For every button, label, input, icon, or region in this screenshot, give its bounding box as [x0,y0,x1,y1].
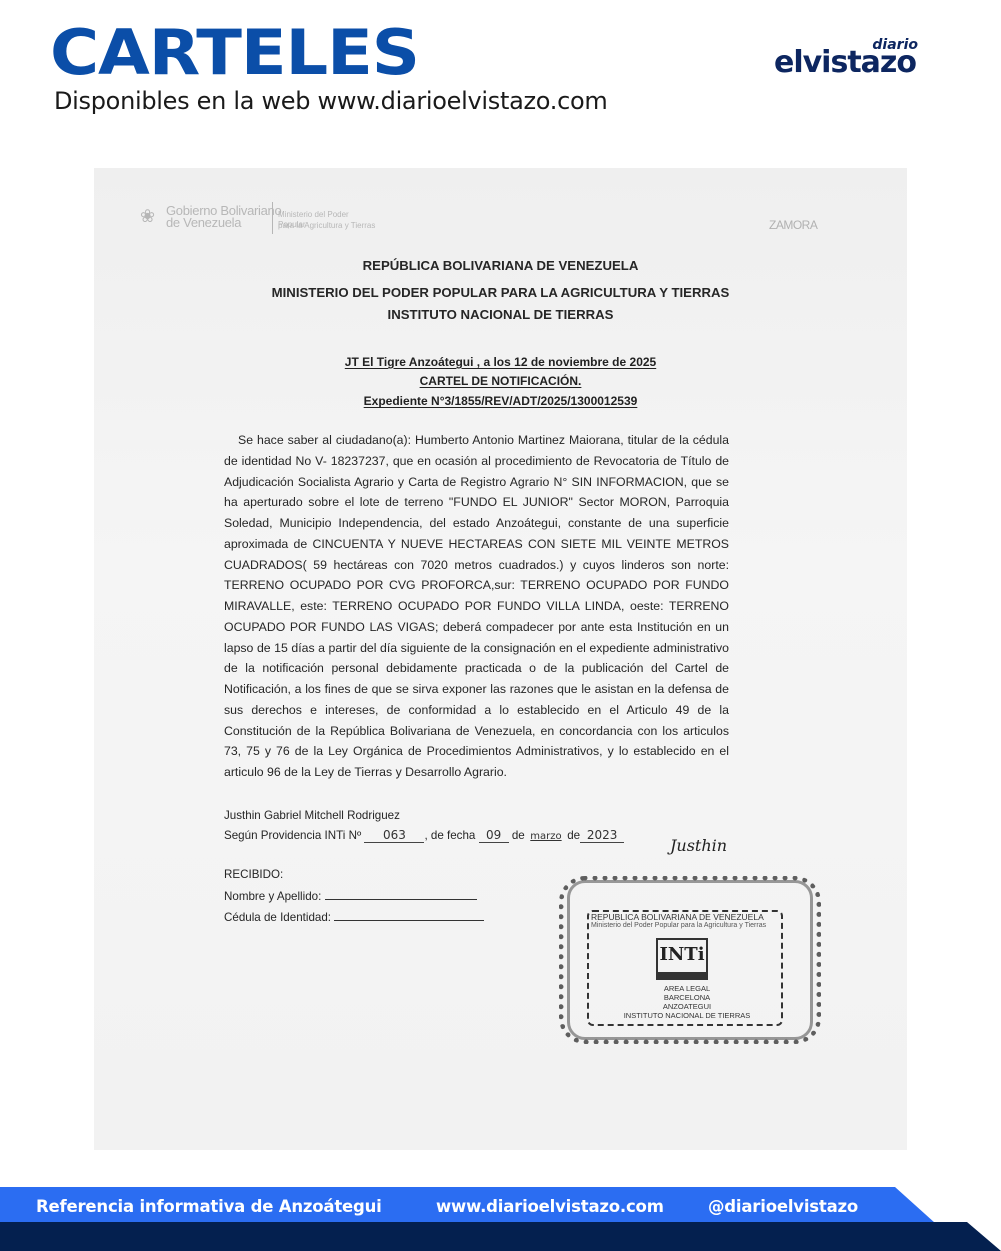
page-subtitle: Disponibles en la web www.diarioelvistaz… [54,86,607,116]
doc-title-text: CARTEL DE NOTIFICACIÓN. [420,374,582,388]
inti-logo-icon: INTi [656,938,708,980]
stamp-line: ANZOATEGUI [589,1002,785,1011]
month-prefix: de [512,829,525,842]
providencia-day: 09 [479,828,509,843]
inti-logo-text: INTi [659,944,704,965]
doc-heading-ministry: MINISTERIO DEL PODER POPULAR PARA LA AGR… [94,285,907,300]
stamp-line: BARCELONA [589,993,785,1002]
place-date-text: JT El Tigre Anzoátegui , a los 12 de nov… [345,355,656,369]
footer-social-handle[interactable]: @diarioelvistazo [708,1197,858,1217]
government-logo: ❀ Gobierno Bolivariano de Venezuela Mini… [138,202,378,236]
doc-title: CARTEL DE NOTIFICACIÓN. [94,374,907,388]
received-id-field: Cédula de Identidad: [224,911,484,924]
place-date: JT El Tigre Anzoátegui , a los 12 de nov… [94,355,907,369]
doc-heading-republic: REPÚBLICA BOLIVARIANA DE VENEZUELA [94,258,907,273]
ministry-logo-line2: para la Agricultura y Tierras [278,221,375,231]
name-blank-line [325,890,477,900]
scanned-document: ❀ Gobierno Bolivariano de Venezuela Mini… [94,168,907,1150]
year-prefix: de [567,829,580,842]
official-stamp: REPUBLICA BOLIVARIANA DE VENEZUELA Minis… [549,868,831,1052]
brand-logo-main: elvistazo [774,47,916,79]
stamp-line: AREA LEGAL [589,984,785,993]
providencia-number: 063 [364,828,424,843]
footer-website-link[interactable]: www.diarioelvistazo.com [436,1197,664,1217]
footer-tagline: Referencia informativa de Anzoátegui [36,1197,382,1217]
stamp-line-republic: REPUBLICA BOLIVARIANA DE VENEZUELA [591,912,764,922]
received-name-field: Nombre y Apellido: [224,890,477,903]
government-logo-line2: de Venezuela [166,216,241,230]
logo-divider [272,202,273,234]
zamora-logo: ZAMORA [769,218,817,232]
page-title: CARTELES [50,20,419,86]
brand-logo: diario elvistazo [774,38,946,82]
expediente-number: Expediente N°3/1855/REV/ADT/2025/1300012… [94,394,907,408]
name-label: Nombre y Apellido: [224,890,321,903]
stamp-line-ministry: Ministerio del Poder Popular para la Agr… [591,922,766,929]
government-emblem-icon: ❀ [140,206,162,228]
stamp-line: INSTITUTO NACIONAL DE TIERRAS [589,1011,785,1020]
providencia-label: Según Providencia INTi Nº [224,829,361,842]
handwritten-signature: Justhin [670,836,727,855]
signer-name: Justhin Gabriel Mitchell Rodriguez [224,806,400,826]
footer-base [0,1222,1001,1251]
date-label: , de fecha [424,829,475,842]
inti-logo-bar [658,972,706,978]
providencia-month: marzo [528,830,564,844]
providencia-line: Según Providencia INTi Nº 063, de fecha … [224,828,624,844]
id-blank-line [334,911,484,921]
doc-heading-institute: INSTITUTO NACIONAL DE TIERRAS [94,307,907,322]
expediente-text: Expediente N°3/1855/REV/ADT/2025/1300012… [364,394,638,408]
providencia-year: 2023 [580,828,624,843]
notice-body: Se hace saber al ciudadano(a): Humberto … [224,430,729,783]
id-label: Cédula de Identidad: [224,911,331,924]
received-label: RECIBIDO: [224,868,283,881]
